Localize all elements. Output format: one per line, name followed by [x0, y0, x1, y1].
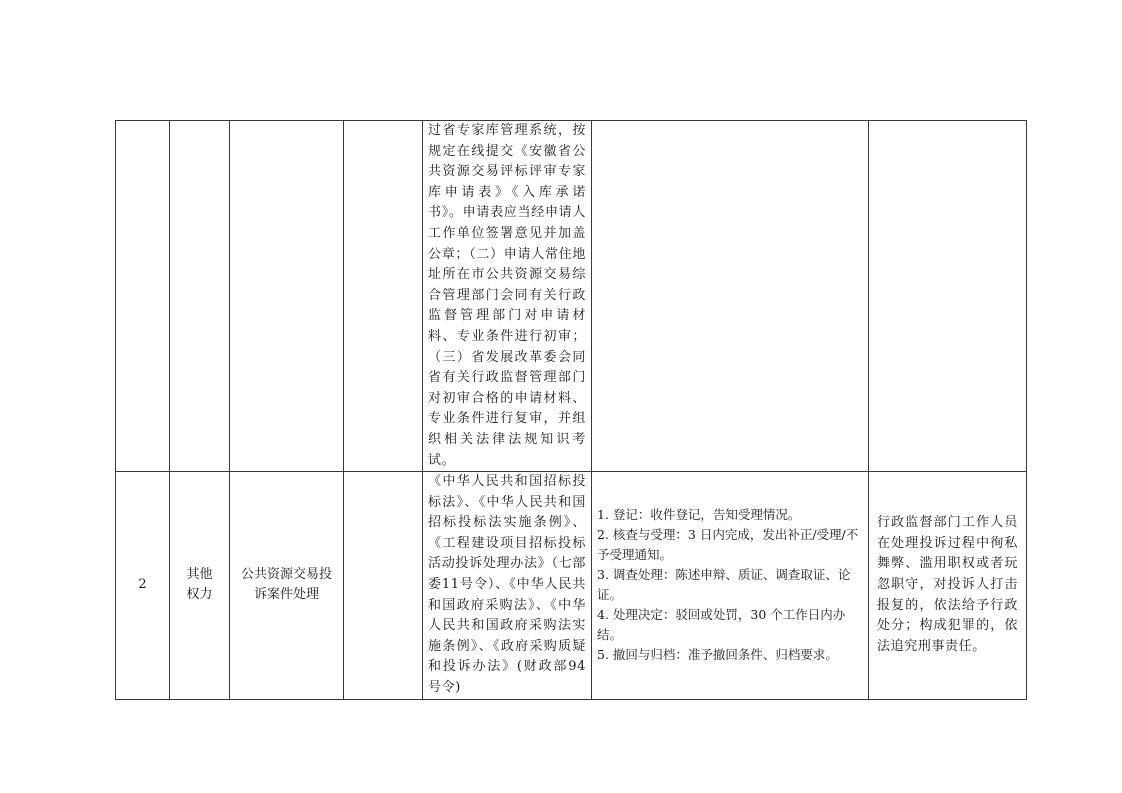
legal-basis-text: 《中华人民共和国招标投标法》、《中华人民共和国招标投标法实施条例》、《工程建设项… [423, 472, 591, 699]
row-index: 2 [116, 575, 169, 596]
process-cell: 1. 登记：收件登记，告知受理情况。 2. 核查与受理：3 日内完成，发出补正/… [592, 472, 869, 700]
item-name: 公共资源交易投诉案件处理 [230, 565, 343, 606]
category-cell: 其他权力 [170, 472, 230, 700]
basis-text: 过省专家库管理系统，按规定在线提交《安徽省公共资源交易评标评审专家库申请表》《入… [423, 121, 591, 471]
item-name-cell [230, 121, 344, 472]
process-step: 5. 撤回与归档：准予撤回条件、归档要求。 [597, 645, 863, 665]
basis-cell: 过省专家库管理系统，按规定在线提交《安徽省公共资源交易评标评审专家库申请表》《入… [423, 121, 592, 472]
process-step: 4. 处理决定：驳回或处罚，30 个工作日内办结。 [597, 605, 863, 645]
table-row: 过省专家库管理系统，按规定在线提交《安徽省公共资源交易评标评审专家库申请表》《入… [116, 121, 1027, 472]
liability-cell [869, 121, 1027, 472]
table-row: 2 其他权力 公共资源交易投诉案件处理 《中华人民共和国招标投标法》、《中华人民… [116, 472, 1027, 700]
power-category: 其他权力 [170, 565, 229, 606]
liability-text: 行政监督部门工作人员在处理投诉过程中徇私舞弊、滥用职权或者玩忽职守，对投诉人打击… [869, 513, 1026, 657]
process-cell [592, 121, 869, 472]
index-cell [116, 121, 170, 472]
basis-cell: 《中华人民共和国招标投标法》、《中华人民共和国招标投标法实施条例》、《工程建设项… [423, 472, 592, 700]
item-name-cell: 公共资源交易投诉案件处理 [230, 472, 344, 700]
process-step: 1. 登记：收件登记，告知受理情况。 [597, 505, 863, 525]
power-list-table: 过省专家库管理系统，按规定在线提交《安徽省公共资源交易评标评审专家库申请表》《入… [115, 120, 1027, 700]
process-steps: 1. 登记：收件登记，告知受理情况。 2. 核查与受理：3 日内完成，发出补正/… [592, 505, 868, 665]
category-cell [170, 121, 230, 472]
empty-cell [344, 121, 423, 472]
empty-cell [344, 472, 423, 700]
process-step: 3. 调查处理：陈述申辩、质证、调查取证、论证。 [597, 565, 863, 605]
liability-cell: 行政监督部门工作人员在处理投诉过程中徇私舞弊、滥用职权或者玩忽职守，对投诉人打击… [869, 472, 1027, 700]
process-step: 2. 核查与受理：3 日内完成，发出补正/受理/不予受理通知。 [597, 525, 863, 565]
index-cell: 2 [116, 472, 170, 700]
